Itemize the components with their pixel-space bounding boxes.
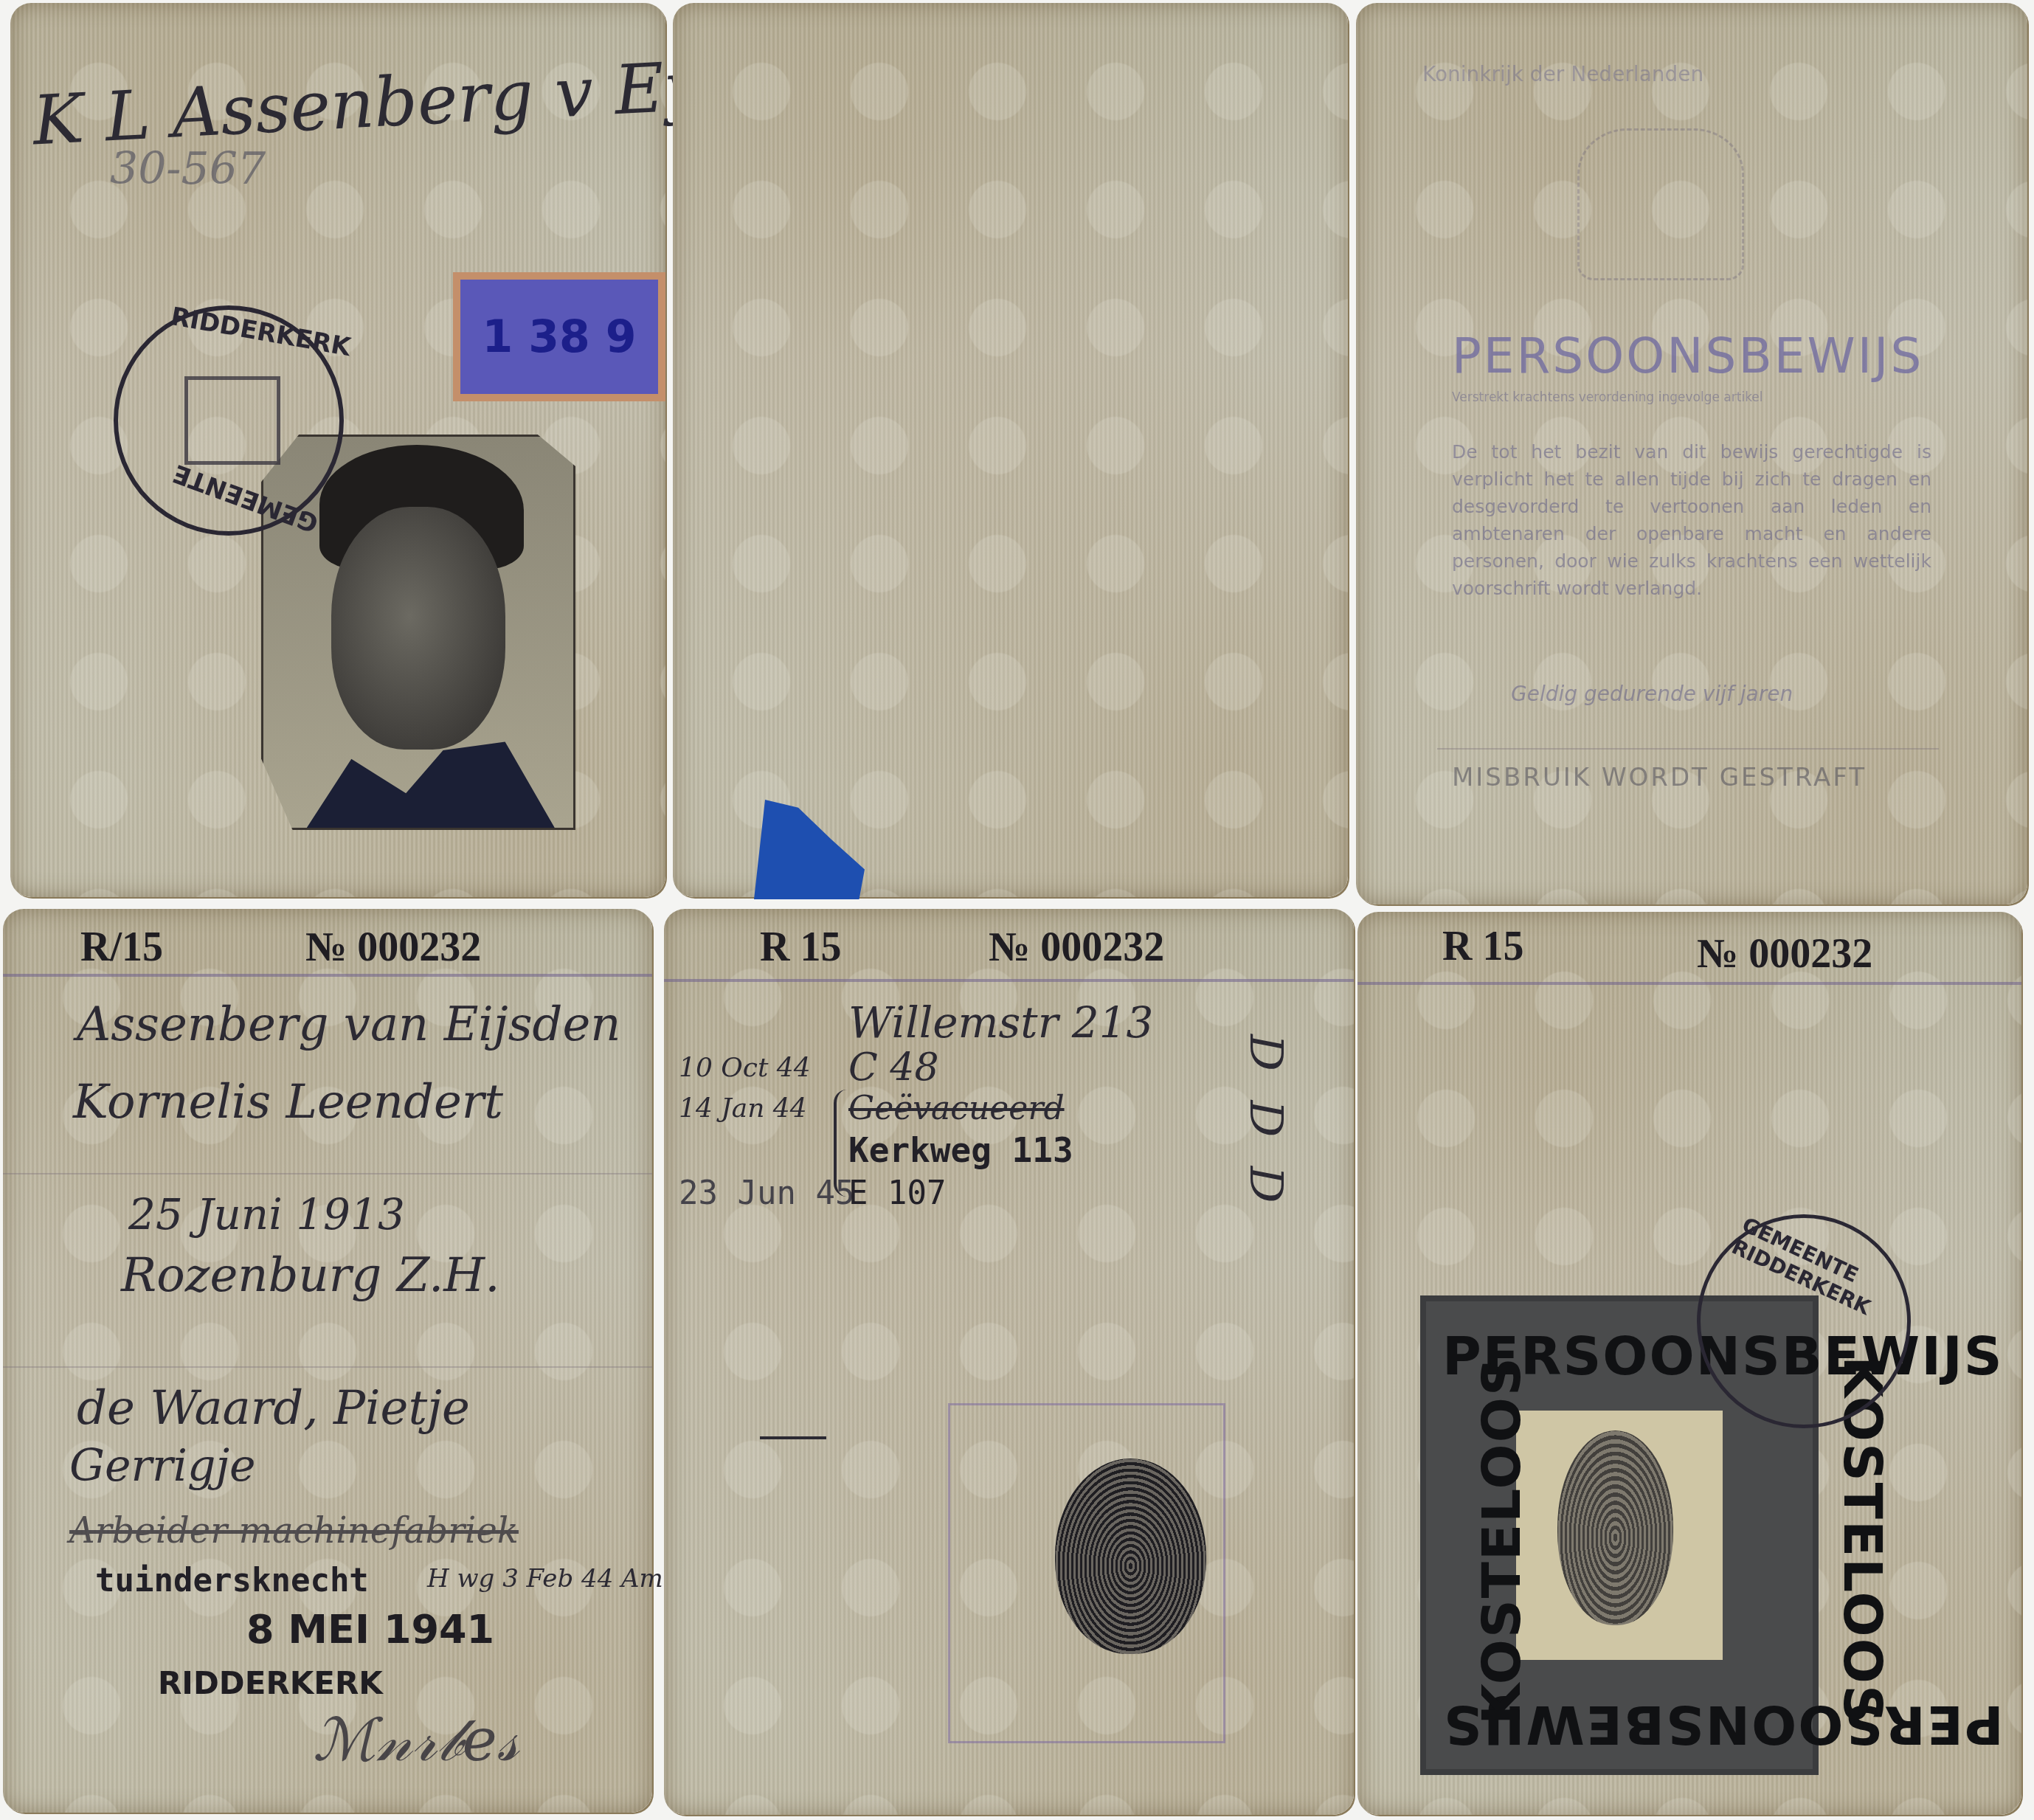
header-rule (1357, 982, 2021, 985)
spouse-name-line2: Gerrigje (69, 1440, 256, 1492)
stamp-text-left: KOSTELOOS (1470, 1356, 1532, 1725)
header-rule (3, 974, 652, 977)
cover-body: De tot het bezit van dit bewijs gerechti… (1452, 438, 1931, 602)
tax-stamp-value: 1 38 9 (460, 280, 658, 394)
cover-divider (1437, 748, 1939, 750)
occupation: tuindersknecht (95, 1562, 369, 1599)
issue-date-stamp: 8 MEI 1941 (246, 1606, 494, 1653)
address-4: Kerkweg 113 (848, 1130, 1073, 1170)
series-code: R/15 (80, 924, 163, 971)
series-code: R 15 (1442, 923, 1523, 970)
address-3-date: 14 Jan 44 (679, 1093, 807, 1124)
coat-of-arms-icon (1577, 128, 1744, 280)
official-initials: D D D (1239, 1034, 1293, 1211)
handwritten-number: 30-567 (110, 143, 266, 195)
panel-photo-page: K L Assenberg v Eysd 30-567 1 38 9 RIDDE… (10, 3, 665, 897)
official-signature: ℳ𝓃𝓇𝒷𝑒𝓈 (313, 1706, 519, 1775)
given-names: Kornelis Leendert (73, 1075, 503, 1129)
fingerprint (1055, 1459, 1206, 1654)
series-code: R 15 (760, 924, 841, 971)
address-2: C 48 (848, 1045, 938, 1090)
photo-face (331, 507, 505, 750)
stamp-emblem (184, 376, 280, 465)
panel-cover: Koninkrijk der Nederlanden PERSOONSBEWIJ… (1356, 3, 2027, 904)
dash-mark (760, 1436, 826, 1439)
photo-suit (307, 741, 555, 828)
address-5: E 107 (848, 1174, 946, 1212)
birth-place: Rozenburg Z.H. (121, 1248, 499, 1303)
cover-title: PERSOONSBEWIJS (1452, 328, 1923, 384)
municipal-stamp-ridderkerk: GEMEENTE RIDDERKERK (1697, 1214, 1911, 1428)
address-5-date: 23 Jun 45 (679, 1174, 854, 1212)
cover-subtitle: Verstrekt krachtens verordening ingevolg… (1452, 390, 1763, 405)
panel-kosteloos-stamp: R 15 № 000232 PERSOONSBEWIJS PERSOONSBEW… (1357, 912, 2021, 1815)
issue-place-stamp: RIDDERKERK (158, 1665, 383, 1701)
address-3-struck: Geëvacueerd (848, 1090, 1065, 1127)
cover-header: Koninkrijk der Nederlanden (1422, 62, 1703, 86)
surname: Assenberg van Eijsden (77, 997, 621, 1052)
header-rule (664, 979, 1354, 982)
cover-validity: Geldig gedurende vijf jaren (1511, 682, 1793, 706)
card-number: № 000232 (1697, 930, 1872, 978)
divider (3, 1366, 652, 1368)
card-number: № 000232 (989, 924, 1164, 971)
fingerprint (1557, 1430, 1673, 1625)
address-1: Willemstr 213 (848, 997, 1154, 1048)
occupation-struck: Arbeider machinefabriek (69, 1510, 519, 1551)
panel-blank-page (673, 3, 1348, 897)
cover-warning: MISBRUIK WORDT GESTRAFT (1452, 763, 1867, 792)
blue-fragment (754, 800, 865, 899)
tax-stamp: 1 38 9 (453, 272, 665, 401)
spouse-name: de Waard, Pietje (77, 1381, 470, 1436)
panel-addresses: R 15 № 000232 Willemstr 213 10 Oct 44 C … (664, 909, 1354, 1815)
occupation-note: H wg 3 Feb 44 Am (427, 1564, 663, 1594)
divider (3, 1173, 652, 1174)
card-number: № 000232 (305, 924, 481, 971)
birth-date: 25 Juni 1913 (128, 1189, 405, 1239)
panel-personal-details: R/15 № 000232 Assenberg van Eijsden Korn… (3, 909, 652, 1813)
stamp-window (1516, 1411, 1723, 1660)
municipal-stamp-ridderkerk: RIDDERKERK GEMEENTE (114, 305, 344, 536)
address-2-date: 10 Oct 44 (679, 1053, 811, 1083)
